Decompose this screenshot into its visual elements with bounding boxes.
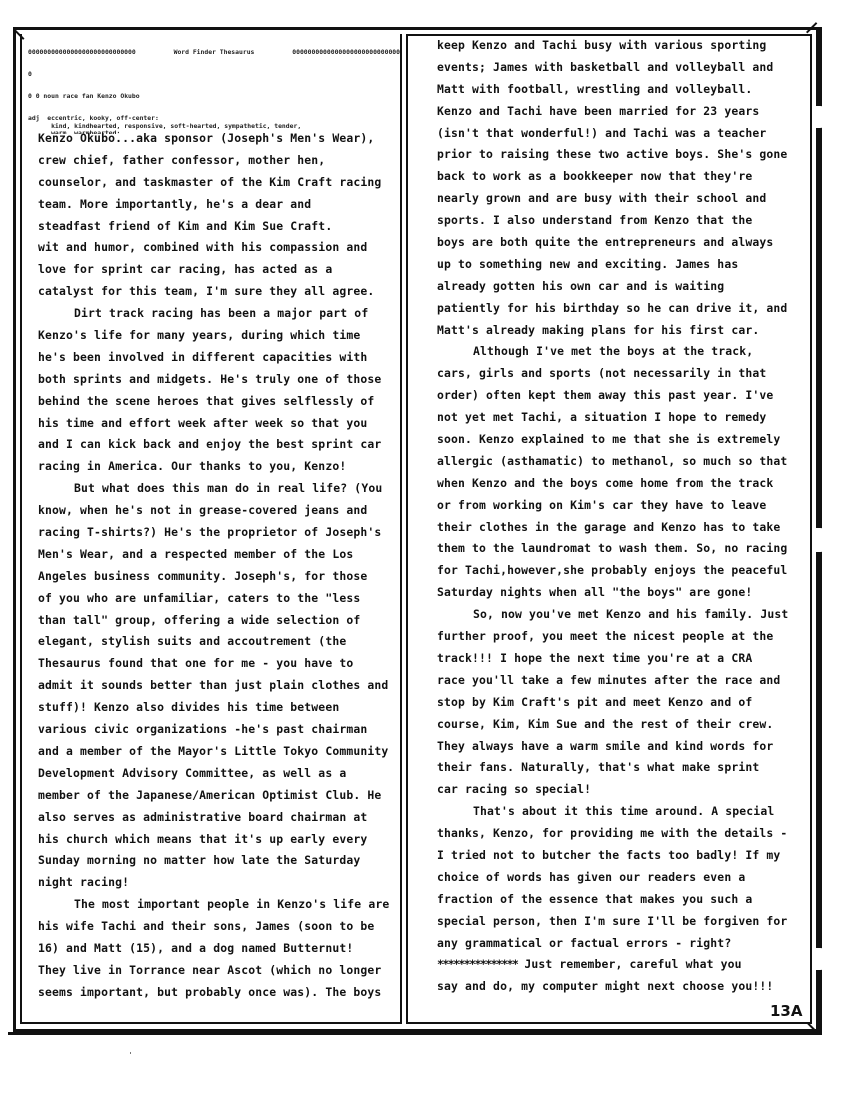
text-line-content: Saturday nights when all "the boys" are … <box>437 585 752 599</box>
text-line: night racing! <box>38 872 398 894</box>
text-line-content: The most important people in Kenzo's lif… <box>74 897 389 911</box>
text-line-content: Matt's already making plans for his firs… <box>437 323 759 337</box>
text-line-content: fraction of the essence that makes you s… <box>437 892 752 906</box>
text-line-content: Angeles business community. Joseph's, fo… <box>38 569 367 583</box>
text-line-content: of you who are unfamiliar, caters to the… <box>38 591 360 605</box>
text-line-content: steadfast friend of Kim and Kim Sue Craf… <box>38 219 332 233</box>
frame-shadow-bottom <box>8 1032 822 1035</box>
text-line: race you'll take a few minutes after the… <box>437 670 807 692</box>
text-line-content: admit it sounds better than just plain c… <box>38 678 388 692</box>
text-line: Dirt track racing has been a major part … <box>38 303 398 325</box>
text-line: he's been involved in different capaciti… <box>38 347 398 369</box>
text-line: say and do, my computer might next choos… <box>437 976 807 998</box>
text-line: love for sprint car racing, has acted as… <box>38 259 398 281</box>
text-line: wit and humor, combined with his compass… <box>38 237 398 259</box>
text-line-content: Kenzo and Tachi have been married for 23… <box>437 104 759 118</box>
text-line: course, Kim, Kim Sue and the rest of the… <box>437 714 807 736</box>
text-line: his church which means that it's up earl… <box>38 829 398 851</box>
text-line-content: But what does this man do in real life? … <box>74 481 382 495</box>
text-line: racing T-shirts?) He's the proprietor of… <box>38 522 398 544</box>
text-line: for Tachi,however,she probably enjoys th… <box>437 560 807 582</box>
text-line: admit it sounds better than just plain c… <box>38 675 398 697</box>
text-line: them to the laundromat to wash them. So,… <box>437 538 807 560</box>
text-line-content: So, now you've met Kenzo and his family.… <box>473 607 788 621</box>
text-line: stop by Kim Craft's pit and meet Kenzo a… <box>437 692 807 714</box>
text-line: car racing so special! <box>437 779 807 801</box>
text-line-content: Men's Wear, and a respected member of th… <box>38 547 353 561</box>
text-line: up to something new and exciting. James … <box>437 254 807 276</box>
text-line-content: race you'll take a few minutes after the… <box>437 673 780 687</box>
text-line: But what does this man do in real life? … <box>38 478 398 500</box>
text-line: Although I've met the boys at the track, <box>437 341 807 363</box>
text-line-content: stuff)! Kenzo also divides his time betw… <box>38 700 339 714</box>
text-line: racing in America. Our thanks to you, Ke… <box>38 456 398 478</box>
text-line-content: (isn't that wonderful!) and Tachi was a … <box>437 126 766 140</box>
text-line-content: special person, then I'm sure I'll be fo… <box>437 914 787 928</box>
text-line: Saturday nights when all "the boys" are … <box>437 582 807 604</box>
text-line-content: racing in America. Our thanks to you, Ke… <box>38 459 346 473</box>
separator-asterisks: *************** <box>437 957 517 971</box>
text-line: Thesaurus found that one for me - you ha… <box>38 653 398 675</box>
text-line-content: track!!! I hope the next time you're at … <box>437 651 752 665</box>
text-line: prior to raising these two active boys. … <box>437 144 807 166</box>
text-line-content: course, Kim, Kim Sue and the rest of the… <box>437 717 773 731</box>
text-line-content: Although I've met the boys at the track, <box>473 344 753 358</box>
text-line-content: counselor, and taskmaster of the Kim Cra… <box>38 175 381 189</box>
text-line-content: boys are both quite the entrepreneurs an… <box>437 235 773 249</box>
text-line: order) often kept them away this past ye… <box>437 385 807 407</box>
scan-speck <box>130 1052 131 1054</box>
text-line-content: member of the Japanese/American Optimist… <box>38 788 381 802</box>
text-line-content: 16) and Matt (15), and a dog named Butte… <box>38 941 353 955</box>
text-line: behind the scene heroes that gives selfl… <box>38 391 398 413</box>
text-line-content: catalyst for this team, I'm sure they al… <box>38 284 374 298</box>
text-line: I tried not to butcher the facts too bad… <box>437 845 807 867</box>
text-line: fraction of the essence that makes you s… <box>437 889 807 911</box>
text-line-content: than tall" group, offering a wide select… <box>38 613 360 627</box>
article-right-column: keep Kenzo and Tachi busy with various s… <box>437 35 807 998</box>
text-line: They always have a warm smile and kind w… <box>437 736 807 758</box>
text-line: allergic (asthamatic) to methanol, so mu… <box>437 451 807 473</box>
text-line-content: seems important, but probably once was).… <box>38 985 381 999</box>
text-line-content: car racing so special! <box>437 782 591 796</box>
text-line: events; James with basketball and volley… <box>437 57 807 79</box>
text-line-content: his church which means that it's up earl… <box>38 832 367 846</box>
text-line: of you who are unfamiliar, caters to the… <box>38 588 398 610</box>
text-line: any grammatical or factual errors - righ… <box>437 933 807 955</box>
text-line: also serves as administrative board chai… <box>38 807 398 829</box>
text-line: his time and effort week after week so t… <box>38 413 398 435</box>
thesaurus-title-bar: 0000000000000000000000000000 Word Finder… <box>28 49 400 56</box>
text-line-content: he's been involved in different capaciti… <box>38 350 367 364</box>
text-line: So, now you've met Kenzo and his family.… <box>437 604 807 626</box>
text-line: back to work as a bookkeeper now that th… <box>437 166 807 188</box>
text-line-content: keep Kenzo and Tachi busy with various s… <box>437 38 766 52</box>
text-line-content: elegant, stylish suits and accoutrement … <box>38 634 346 648</box>
text-line: keep Kenzo and Tachi busy with various s… <box>437 35 807 57</box>
text-line-content: them to the laundromat to wash them. So,… <box>437 541 787 555</box>
text-line: sports. I also understand from Kenzo tha… <box>437 210 807 232</box>
text-line: counselor, and taskmaster of the Kim Cra… <box>38 172 398 194</box>
text-line: That's about it this time around. A spec… <box>437 801 807 823</box>
text-line-content: say and do, my computer might next choos… <box>437 979 773 993</box>
text-line-content: thanks, Kenzo, for providing me with the… <box>437 826 787 840</box>
border-notch <box>812 948 828 970</box>
text-line-content: events; James with basketball and volley… <box>437 60 773 74</box>
text-line-content: already gotten his own car and is waitin… <box>437 279 724 293</box>
text-line-content: Kenzo's life for many years, during whic… <box>38 328 360 342</box>
text-line: choice of words has given our readers ev… <box>437 867 807 889</box>
text-line: boys are both quite the entrepreneurs an… <box>437 232 807 254</box>
text-line: further proof, you meet the nicest peopl… <box>437 626 807 648</box>
text-line: patiently for his birthday so he can dri… <box>437 298 807 320</box>
text-line-content: They always have a warm smile and kind w… <box>437 739 773 753</box>
text-line-content: Sunday morning no matter how late the Sa… <box>38 853 360 867</box>
thesaurus-border-glyphs: 0000000000000000000000000000 <box>292 49 400 56</box>
text-line: Matt's already making plans for his firs… <box>437 320 807 342</box>
text-line: their fans. Naturally, that's what make … <box>437 757 807 779</box>
text-line-content: not yet met Tachi, a situation I hope to… <box>437 410 766 424</box>
text-line: not yet met Tachi, a situation I hope to… <box>437 407 807 429</box>
text-line-content: Just remember, careful what you <box>524 957 741 971</box>
text-line-content: Thesaurus found that one for me - you ha… <box>38 656 353 670</box>
text-line: both sprints and midgets. He's truly one… <box>38 369 398 391</box>
text-line: when Kenzo and the boys come home from t… <box>437 473 807 495</box>
text-line: and I can kick back and enjoy the best s… <box>38 434 398 456</box>
text-line: cars, girls and sports (not necessarily … <box>437 363 807 385</box>
text-line: stuff)! Kenzo also divides his time betw… <box>38 697 398 719</box>
text-line: seems important, but probably once was).… <box>38 982 398 1004</box>
text-line: crew chief, father confessor, mother hen… <box>38 150 398 172</box>
text-line: catalyst for this team, I'm sure they al… <box>38 281 398 303</box>
text-line-content: Development Advisory Committee, as well … <box>38 766 346 780</box>
text-line: his wife Tachi and their sons, James (so… <box>38 916 398 938</box>
text-line: already gotten his own car and is waitin… <box>437 276 807 298</box>
text-line-content: or from working on Kim's car they have t… <box>437 498 766 512</box>
text-line-content: his time and effort week after week so t… <box>38 416 367 430</box>
text-line-content: behind the scene heroes that gives selfl… <box>38 394 374 408</box>
text-line: team. More importantly, he's a dear and <box>38 194 398 216</box>
text-line-content: back to work as a bookkeeper now that th… <box>437 169 752 183</box>
text-line: special person, then I'm sure I'll be fo… <box>437 911 807 933</box>
text-line-content: for Tachi,however,she probably enjoys th… <box>437 563 787 577</box>
text-line-content: stop by Kim Craft's pit and meet Kenzo a… <box>437 695 752 709</box>
text-line-content: various civic organizations -he's past c… <box>38 722 367 736</box>
text-line-content: cars, girls and sports (not necessarily … <box>437 366 766 380</box>
text-line: steadfast friend of Kim and Kim Sue Craf… <box>38 216 398 238</box>
text-line-content: wit and humor, combined with his compass… <box>38 240 367 254</box>
text-line: Kenzo's life for many years, during whic… <box>38 325 398 347</box>
text-line-content: order) often kept them away this past ye… <box>437 388 773 402</box>
text-line-content: patiently for his birthday so he can dri… <box>437 301 787 315</box>
text-line-content: further proof, you meet the nicest peopl… <box>437 629 773 643</box>
text-line: elegant, stylish suits and accoutrement … <box>38 631 398 653</box>
text-line: Kenzo Okubo...aka sponsor (Joseph's Men'… <box>38 128 398 150</box>
text-line-content: They live in Torrance near Ascot (which … <box>38 963 381 977</box>
text-line-content: their fans. Naturally, that's what make … <box>437 760 759 774</box>
text-line-content: team. More importantly, he's a dear and <box>38 197 311 211</box>
text-line: member of the Japanese/American Optimist… <box>38 785 398 807</box>
text-line-content: night racing! <box>38 875 129 889</box>
text-line: soon. Kenzo explained to me that she is … <box>437 429 807 451</box>
border-notch <box>812 106 828 128</box>
thesaurus-window: 0000000000000000000000000000 Word Finder… <box>28 34 400 134</box>
text-line: Development Advisory Committee, as well … <box>38 763 398 785</box>
text-line: track!!! I hope the next time you're at … <box>437 648 807 670</box>
text-line: They live in Torrance near Ascot (which … <box>38 960 398 982</box>
text-line-content: nearly grown and are busy with their sch… <box>437 191 766 205</box>
text-line: Men's Wear, and a respected member of th… <box>38 544 398 566</box>
text-line-content: when Kenzo and the boys come home from t… <box>437 476 773 490</box>
text-line-content: I tried not to butcher the facts too bad… <box>437 848 780 862</box>
text-line-content: any grammatical or factual errors - righ… <box>437 936 731 950</box>
text-line: (isn't that wonderful!) and Tachi was a … <box>437 123 807 145</box>
text-line: their clothes in the garage and Kenzo ha… <box>437 517 807 539</box>
text-line: Matt with football, wrestling and volley… <box>437 79 807 101</box>
text-line: Kenzo and Tachi have been married for 23… <box>437 101 807 123</box>
thesaurus-header-word: 0 0 noun race fan Kenzo Okubo <box>28 93 400 100</box>
text-line-content: choice of words has given our readers ev… <box>437 870 745 884</box>
text-line: know, when he's not in grease-covered je… <box>38 500 398 522</box>
text-line-content: prior to raising these two active boys. … <box>437 147 787 161</box>
text-line-content: sports. I also understand from Kenzo tha… <box>437 213 752 227</box>
text-line: nearly grown and are busy with their sch… <box>437 188 807 210</box>
text-line-content: know, when he's not in grease-covered je… <box>38 503 367 517</box>
text-line: Angeles business community. Joseph's, fo… <box>38 566 398 588</box>
text-line: various civic organizations -he's past c… <box>38 719 398 741</box>
text-line-content: soon. Kenzo explained to me that she is … <box>437 432 780 446</box>
text-line-content: his wife Tachi and their sons, James (so… <box>38 919 374 933</box>
text-line: and a member of the Mayor's Little Tokyo… <box>38 741 398 763</box>
text-line-content: Dirt track racing has been a major part … <box>74 306 368 320</box>
text-line: The most important people in Kenzo's lif… <box>38 894 398 916</box>
text-line: than tall" group, offering a wide select… <box>38 610 398 632</box>
text-line-content: allergic (asthamatic) to methanol, so mu… <box>437 454 787 468</box>
text-line-content: and a member of the Mayor's Little Tokyo… <box>38 744 388 758</box>
thesaurus-border-glyphs: 0000000000000000000000000000 <box>28 49 136 56</box>
text-line: or from working on Kim's car they have t… <box>437 495 807 517</box>
text-line-content: love for sprint car racing, has acted as… <box>38 262 332 276</box>
text-line: 16) and Matt (15), and a dog named Butte… <box>38 938 398 960</box>
text-line-content: and I can kick back and enjoy the best s… <box>38 437 381 451</box>
text-line-content: racing T-shirts?) He's the proprietor of… <box>38 525 381 539</box>
text-line-content: Matt with football, wrestling and volley… <box>437 82 752 96</box>
page-number: 13A <box>770 1002 802 1020</box>
text-line-content: up to something new and exciting. James … <box>437 257 738 271</box>
text-line-content: both sprints and midgets. He's truly one… <box>38 372 381 386</box>
border-notch <box>812 528 828 552</box>
article-left-column: Kenzo Okubo...aka sponsor (Joseph's Men'… <box>38 128 398 1004</box>
text-line-content: crew chief, father confessor, mother hen… <box>38 153 325 167</box>
text-line: thanks, Kenzo, for providing me with the… <box>437 823 807 845</box>
text-line-content: That's about it this time around. A spec… <box>473 804 774 818</box>
text-line-content: also serves as administrative board chai… <box>38 810 367 824</box>
text-line: *************** Just remember, careful w… <box>437 954 807 976</box>
text-line: Sunday morning no matter how late the Sa… <box>38 850 398 872</box>
thesaurus-title: Word Finder Thesaurus <box>174 49 255 56</box>
text-line-content: their clothes in the garage and Kenzo ha… <box>437 520 780 534</box>
text-line-content: Kenzo Okubo...aka sponsor (Joseph's Men'… <box>38 131 374 145</box>
